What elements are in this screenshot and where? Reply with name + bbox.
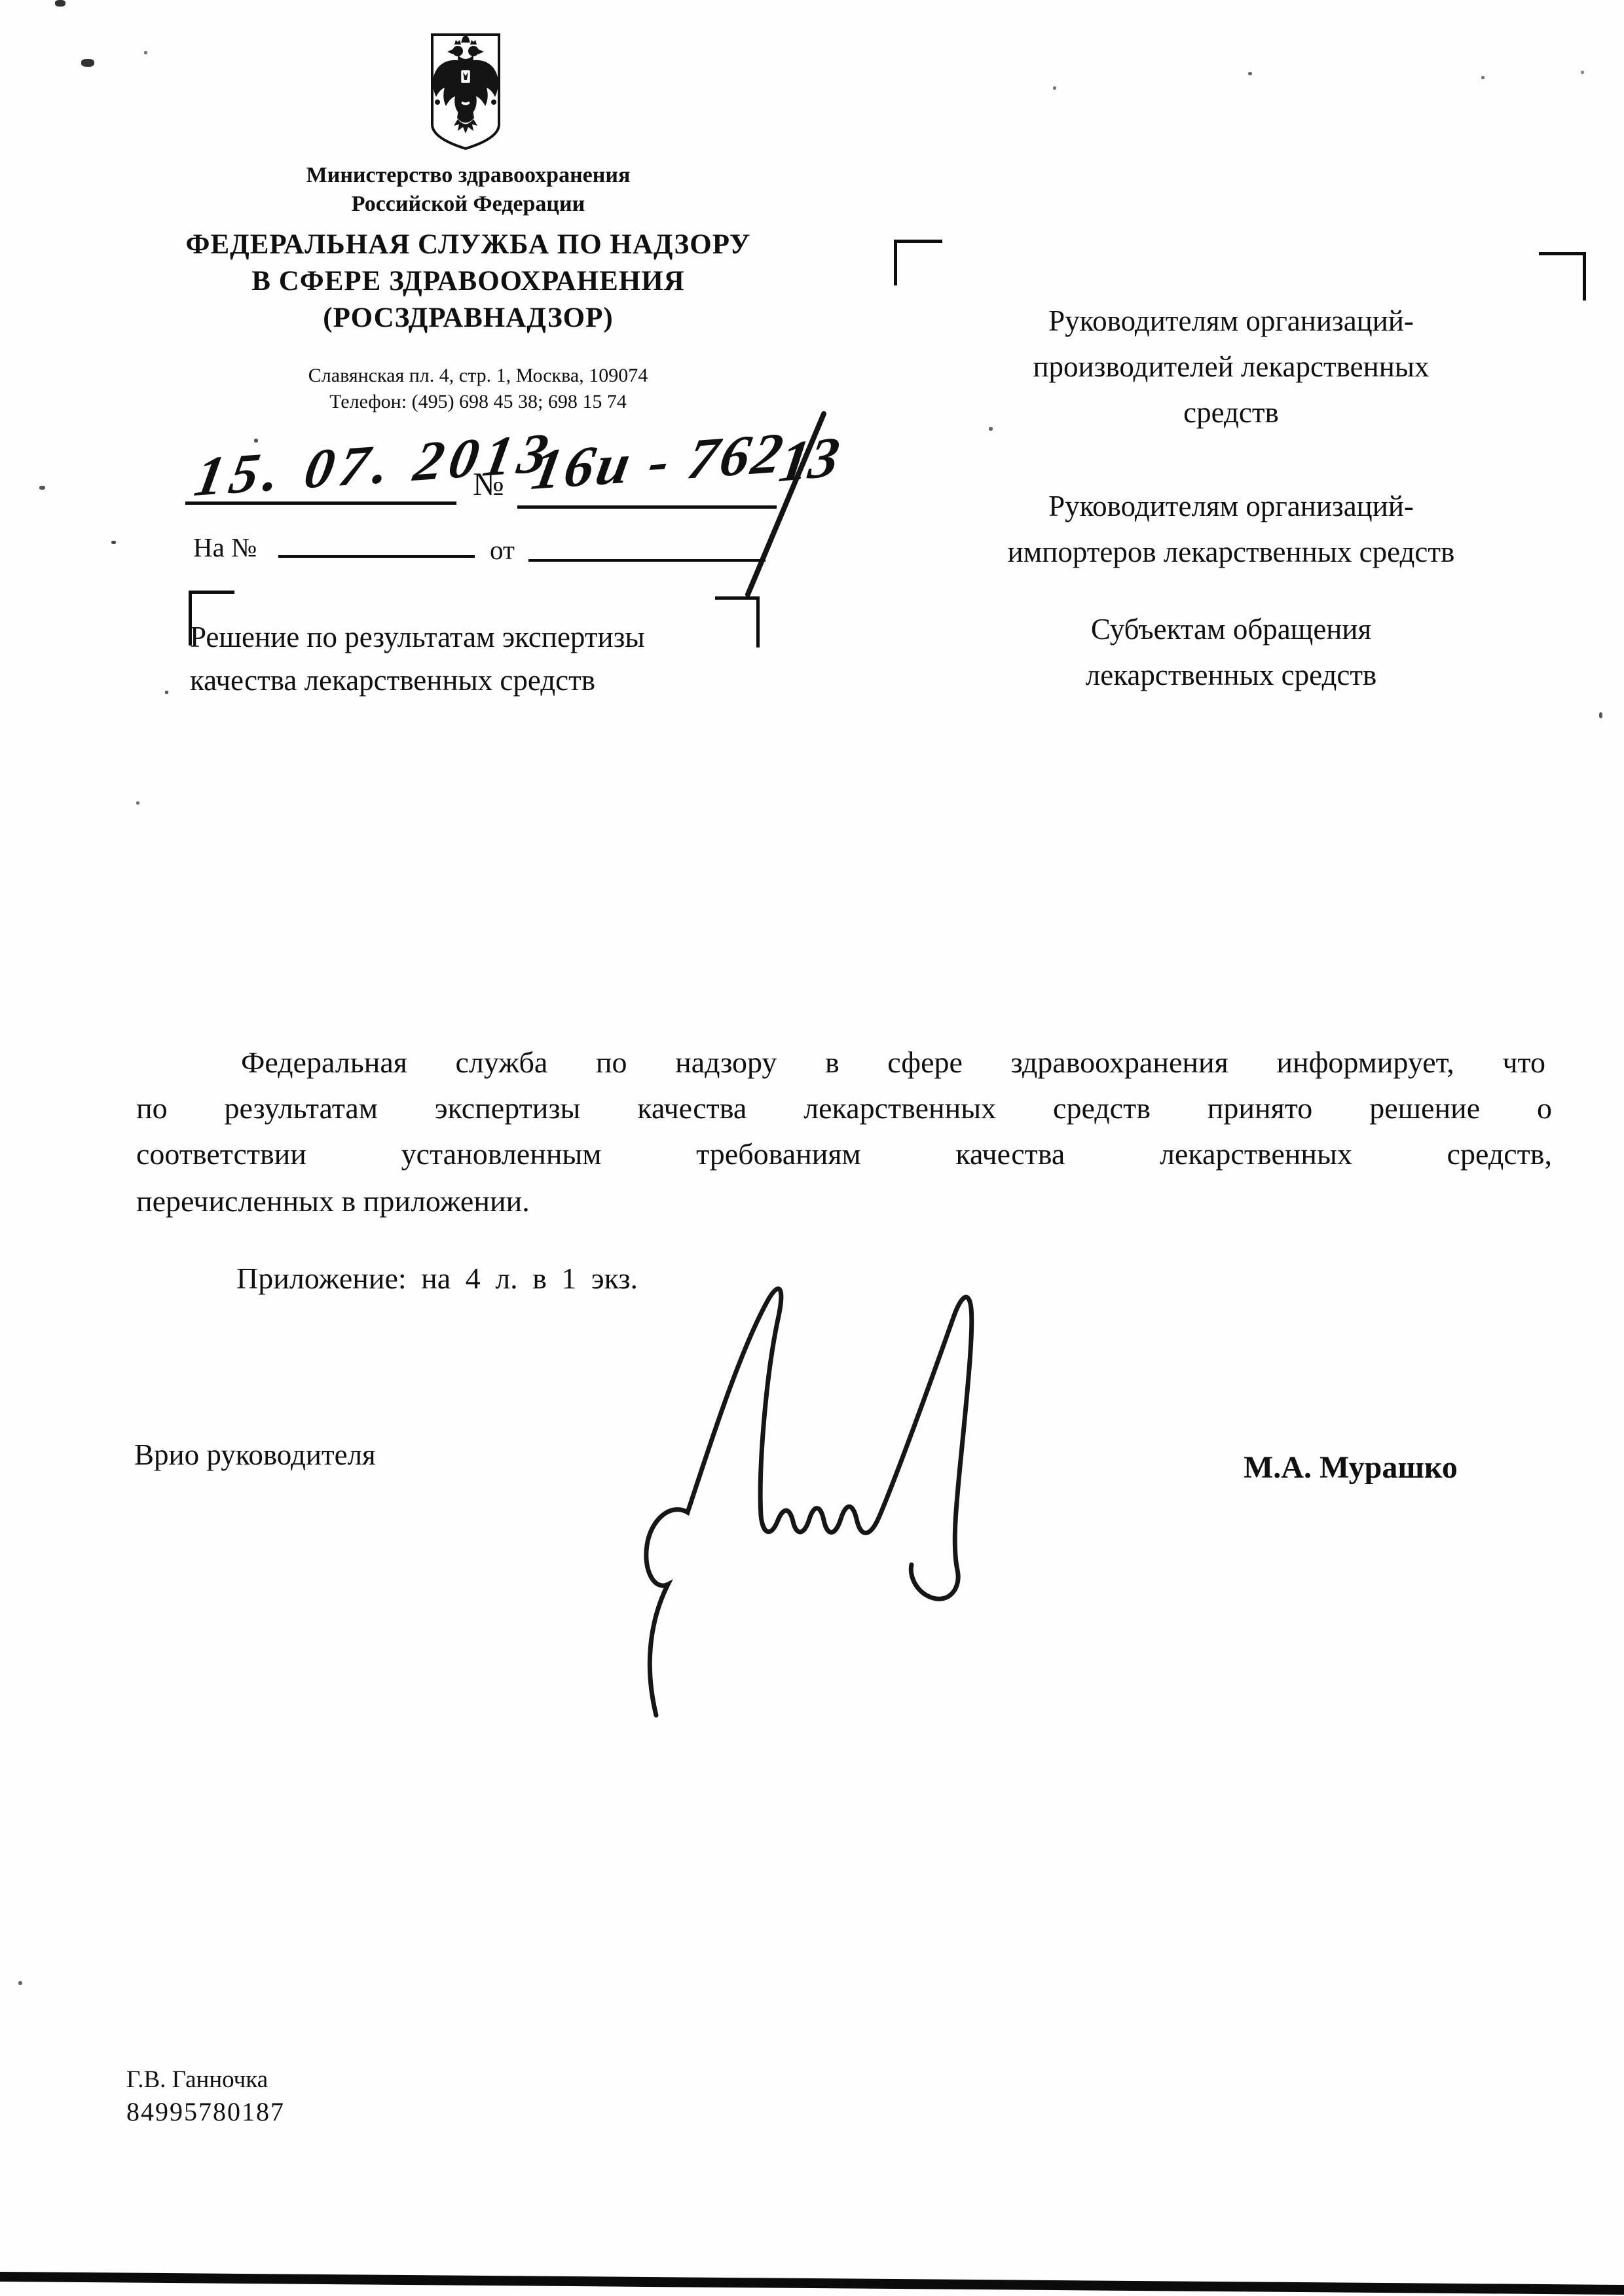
scan-speck [55,0,65,7]
executor-name: Г.В. Ганночка [126,2066,268,2094]
handwritten-signature [609,1257,1015,1728]
scan-speck [39,486,45,490]
agency-name: ФЕДЕРАЛЬНАЯ СЛУЖБА ПО НАДЗОРУ В СФЕРЕ ЗД… [105,227,832,337]
signer-name: М.А. Мурашко [1244,1449,1458,1485]
number-sign: № [473,465,504,503]
scan-speck [136,801,139,805]
recipient-line: производителей лекарственных [930,344,1532,390]
scan-speck [144,51,147,54]
agency-line-2: В СФЕРЕ ЗДРАВООХРАНЕНИЯ [105,263,832,300]
recipient-line: средств [930,390,1532,435]
executor-phone: 84995780187 [126,2096,285,2127]
body-line-4: перечисленных в приложении. [136,1184,530,1218]
scan-artifact-bar [0,2267,1624,2296]
scan-speck [1581,71,1584,74]
reply-from-label: от [490,534,515,566]
russian-coat-of-arms-icon [427,31,504,152]
reply-date-underline [528,559,766,562]
ministry-name: Министерство здравоохранения Российской … [164,161,773,219]
ministry-line-1: Министерство здравоохранения [164,161,773,190]
agency-line-3: (РОСЗДРАВНАДЗОР) [105,300,832,337]
agency-line-1: ФЕДЕРАЛЬНАЯ СЛУЖБА ПО НАДЗОРУ [105,227,832,263]
attachment-note: Приложение: на 4 л. в 1 экз. [236,1261,638,1296]
signer-title: Врио руководителя [134,1438,376,1472]
agency-contacts: Славянская пл. 4, стр. 1, Москва, 109074… [138,363,819,415]
scan-speck [165,691,168,694]
recipient-line: импортеров лекарственных средств [930,529,1532,575]
reply-to-label: На № [193,532,257,563]
recipient-corner-mark-right-v [1583,252,1586,301]
recipient-line: Руководителям организаций- [930,298,1532,344]
reply-number-underline [278,555,475,558]
subject-line-2: качества лекарственных средств [190,659,779,702]
agency-phone: Телефон: (495) 698 45 38; 698 15 74 [138,389,819,415]
number-underline [517,505,777,509]
scan-speck [1599,712,1602,718]
letter-subject: Решение по результатам экспертизы качест… [190,615,779,702]
recipient-corner-mark-left-h [894,240,942,243]
recipient-block-circulation-subjects: Субъектам обращения лекарственных средст… [930,606,1532,698]
body-line-2: по результатам экспертизы качества лекар… [136,1091,1552,1125]
body-line-1: Федеральная служба по надзору в сфере зд… [241,1045,1545,1080]
recipient-block-importers: Руководителям организаций- импортеров ле… [930,483,1532,575]
recipient-corner-mark-left-v [894,240,897,285]
ministry-line-2: Российской Федерации [164,190,773,219]
date-underline [185,501,456,505]
scan-speck [1248,72,1252,75]
agency-address: Славянская пл. 4, стр. 1, Москва, 109074 [138,363,819,389]
recipient-line: Субъектам обращения [930,606,1532,652]
scan-speck [111,541,116,544]
recipient-line: лекарственных средств [930,652,1532,698]
scan-speck [1481,76,1485,79]
recipient-block-manufacturers: Руководителям организаций- производителе… [930,298,1532,435]
subject-corner-mark-left-h [189,591,234,594]
subject-line-1: Решение по результатам экспертизы [190,615,779,659]
handwritten-slash-stroke [720,405,851,601]
scan-speck [254,439,258,443]
scan-speck [81,59,94,67]
scan-speck [989,427,993,431]
scan-speck [18,1981,22,1985]
scan-speck [1053,86,1056,90]
scanned-letter-page: Министерство здравоохранения Российской … [0,0,1624,2296]
body-line-3: соответствии установленным требованиям к… [136,1137,1552,1171]
subject-corner-mark-right-h [715,596,760,600]
recipient-line: Руководителям организаций- [930,483,1532,529]
recipient-corner-mark-right-h [1539,252,1586,255]
